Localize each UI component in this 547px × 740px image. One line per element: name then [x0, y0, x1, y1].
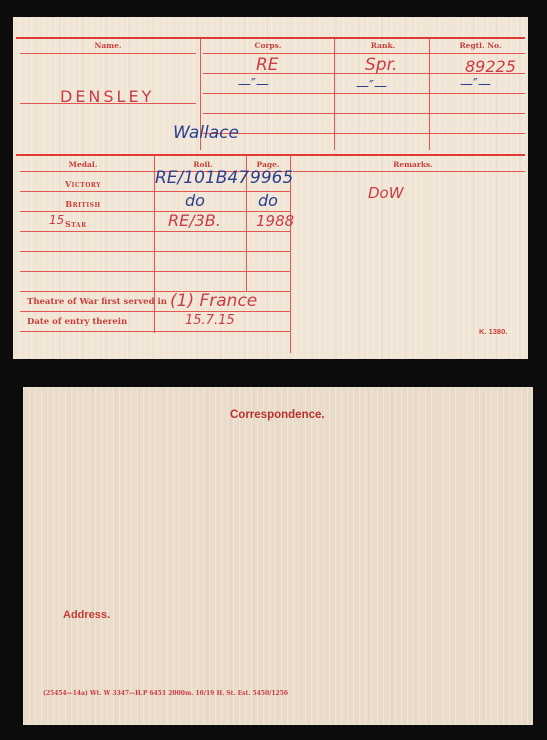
rule	[334, 39, 335, 150]
medal-card-front: Name. Corps. Rank. Regtl. No. DENSLEY Wa…	[13, 17, 528, 359]
date-label: Date of entry therein	[27, 317, 127, 327]
medal-name-british: British	[53, 199, 113, 209]
rule	[20, 271, 290, 272]
medal-name-victory: Victory	[53, 179, 113, 189]
star-prefix: 15	[49, 213, 64, 227]
remarks-value: DoW	[368, 184, 404, 202]
roll-victory: RE/101B47	[155, 168, 249, 188]
medal-header: Medal.	[53, 160, 113, 169]
forename: Wallace	[173, 123, 239, 143]
medal-card-back: Correspondence. Address. (25454—14a) Wt.…	[23, 387, 533, 725]
rule	[20, 211, 290, 212]
corps-header: Corps.	[233, 41, 303, 50]
theatre-value: (1) France	[170, 291, 257, 311]
rank-ditto: —″—	[356, 79, 387, 94]
rank-header: Rank.	[348, 41, 418, 50]
rule	[20, 53, 196, 54]
theatre-label: Theatre of War first served in	[27, 297, 167, 307]
form-number: K. 1380.	[479, 327, 507, 336]
name-header: Name.	[73, 41, 143, 50]
medal-name-star: Star	[65, 219, 95, 229]
corps-ditto: —″—	[238, 77, 269, 92]
printer-imprint: (25454—14a) Wt. W 3347—H.P 6451 2000m. 1…	[43, 690, 288, 697]
rule	[203, 113, 525, 114]
correspondence-label: Correspondence.	[230, 409, 325, 421]
surname: DENSLEY	[60, 87, 154, 106]
rule	[203, 133, 525, 134]
rule	[20, 191, 290, 192]
rule	[16, 37, 525, 39]
roll-star: RE/3B.	[168, 211, 221, 230]
corps-value: RE	[256, 55, 279, 75]
rule	[20, 331, 290, 332]
roll-british: do	[185, 191, 205, 210]
page-victory: 9965	[250, 168, 293, 188]
regtl-no-ditto: —″—	[460, 77, 491, 92]
regtl-no-value: 89225	[465, 57, 516, 76]
rule	[20, 231, 290, 232]
rule	[429, 39, 430, 150]
address-label: Address.	[63, 609, 110, 621]
rule	[16, 154, 525, 156]
rule	[203, 53, 525, 54]
rank-value: Spr.	[365, 55, 397, 75]
regtl-no-header: Regtl. No.	[443, 41, 518, 50]
rule	[293, 171, 525, 172]
date-value: 15.7.15	[185, 313, 235, 328]
rule	[20, 311, 290, 312]
rule	[20, 251, 290, 252]
remarks-header: Remarks.	[373, 160, 453, 169]
page-british: do	[258, 191, 278, 210]
page-star: 1988	[256, 212, 294, 230]
